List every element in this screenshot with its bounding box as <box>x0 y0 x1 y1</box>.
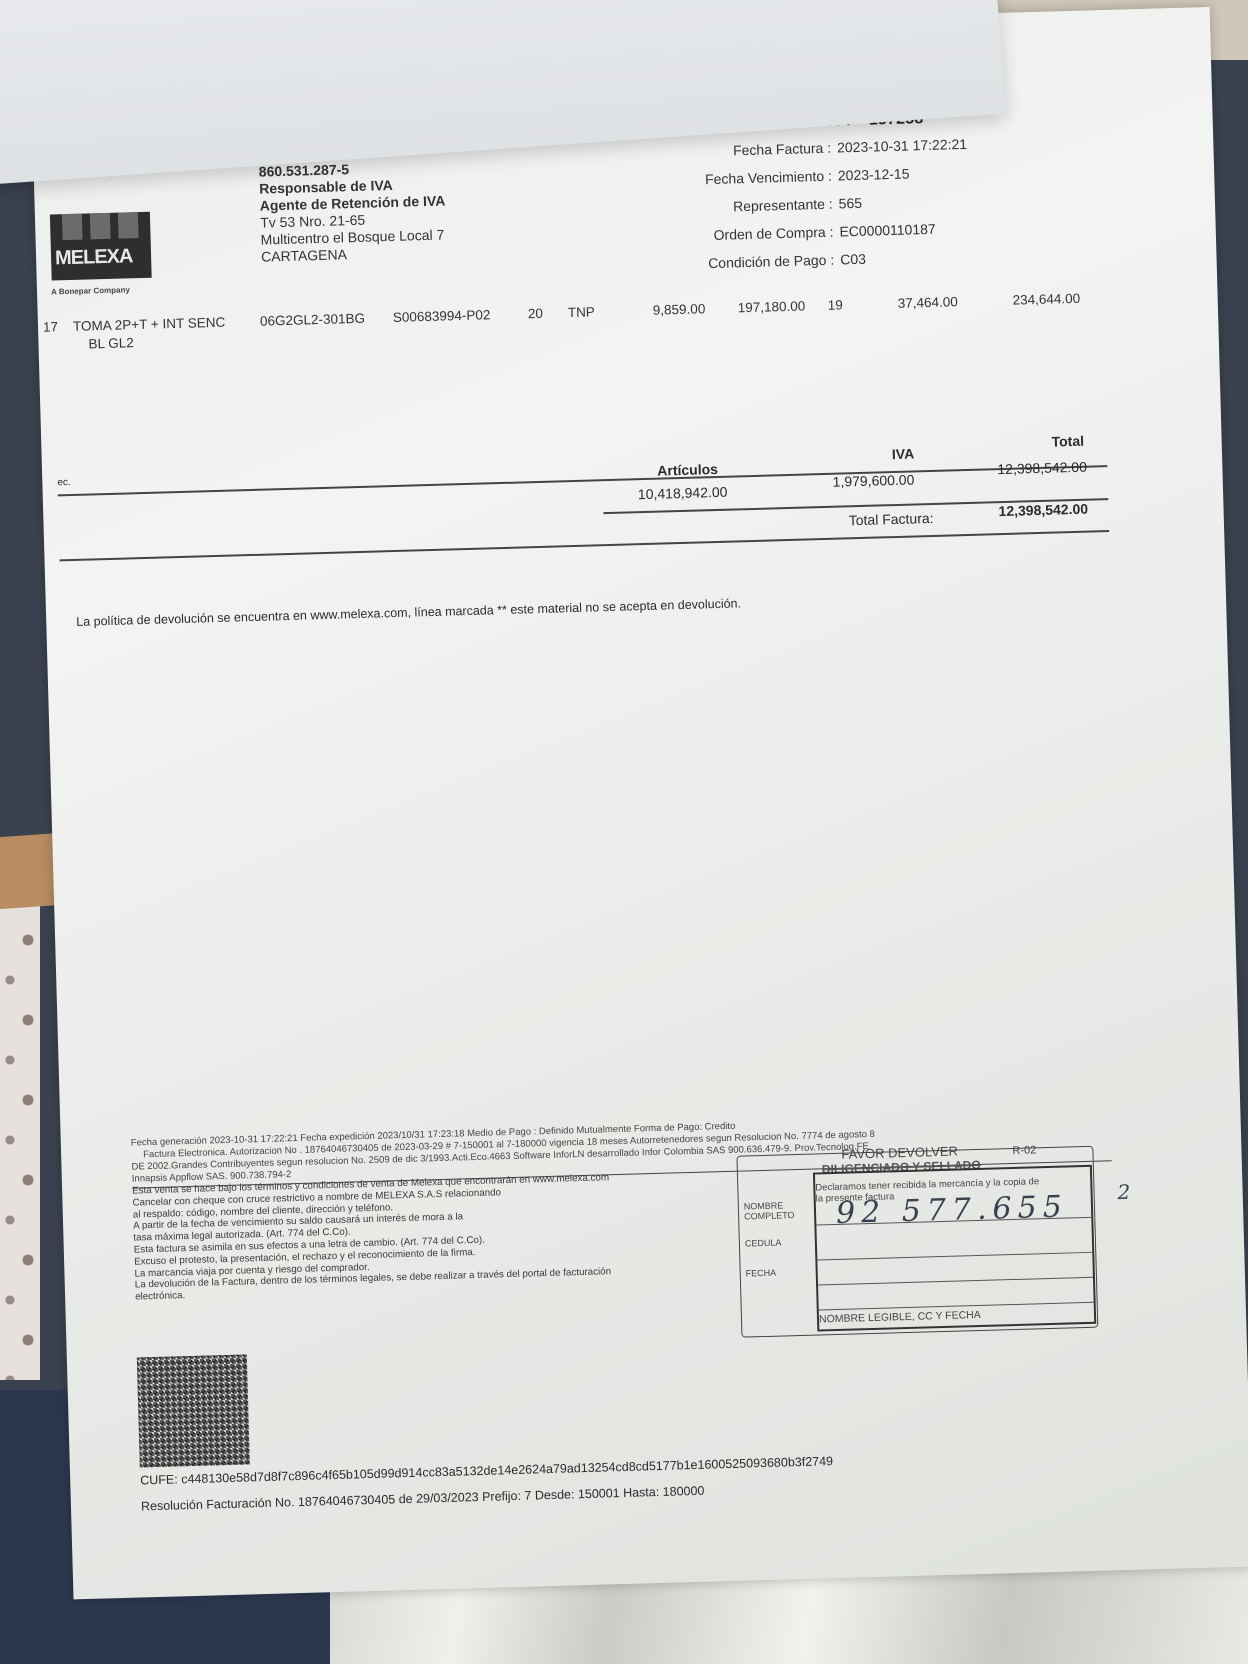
fecha-line <box>817 1252 1092 1261</box>
label-fecha: FECHA <box>746 1268 777 1279</box>
item-unit-price: 9,859.00 <box>653 301 706 317</box>
meta-label: Representante <box>595 196 825 218</box>
invoice-sheet: FACTURA ELECTRÓNICA DE VENTA Nro: 7 - 15… <box>30 7 1248 1599</box>
item-description-2: BL GL2 <box>88 335 134 351</box>
qr-code-icon <box>137 1354 250 1467</box>
return-box-footer: NOMBRE LEGIBLE, CC Y FECHA <box>819 1309 981 1326</box>
return-policy-note: La política de devolución se encuentra e… <box>76 596 741 629</box>
totals-header-total: Total <box>1051 433 1084 450</box>
issuer-block: 860.531.287-5 Responsable de IVA Agente … <box>259 158 447 265</box>
totals-total-value: 12,398,542.00 <box>997 459 1087 477</box>
item-iva-value: 37,464.00 <box>897 294 957 311</box>
meta-value: 2023-12-15 <box>832 165 910 183</box>
meta-label: Condición de Pago <box>596 252 826 274</box>
meta-condicion-pago: Condición de Pago :C03 <box>596 247 1016 275</box>
meta-label: Fecha Vencimiento <box>594 168 824 190</box>
background-floor <box>0 880 40 1380</box>
item-subtotal: 197,180.00 <box>738 298 806 315</box>
label-cedula: CEDULA <box>745 1237 782 1248</box>
meta-value: EC0000110187 <box>833 221 936 240</box>
cufe-value: c448130e58d7d8f7c896c4f65b105d99d914cc83… <box>181 1454 833 1486</box>
return-box: Declaramos tener recibida la mercancía y… <box>736 1146 1098 1338</box>
item-code: S00683994-P02 <box>393 307 491 325</box>
extra-line <box>818 1277 1093 1286</box>
meta-orden-compra: Orden de Compra :EC0000110187 <box>596 219 1016 247</box>
logo-tagline: A Bonepar Company <box>51 285 130 296</box>
logo-bars-icon <box>62 212 139 240</box>
meta-label: Fecha Factura <box>593 140 823 162</box>
item-reference: 06G2GL2-301BG <box>260 311 365 329</box>
logo-text: MELEXA <box>55 245 133 270</box>
meta-fecha-factura: Fecha Factura :2023-10-31 17:22:21 <box>593 135 1013 163</box>
meta-value: 565 <box>832 195 862 212</box>
meta-fecha-vencimiento: Fecha Vencimiento :2023-12-15 <box>594 163 1014 191</box>
meta-value: 2023-10-31 17:22:21 <box>831 136 967 156</box>
totals-rule-bottom <box>60 530 1110 561</box>
item-description: TOMA 2P+T + INT SENC <box>73 315 226 334</box>
meta-representante: Representante :565 <box>595 191 1015 219</box>
totals-iva-value: 1,979,600.00 <box>832 471 914 489</box>
label-nombre: NOMBRE COMPLETO <box>744 1200 805 1222</box>
meta-label: Orden de Compra <box>596 224 826 246</box>
handwritten-mark: 2 <box>1117 1180 1136 1205</box>
cufe-label: CUFE: <box>140 1472 178 1487</box>
totals-left-label: ec. <box>57 477 71 488</box>
totals-articulos-value: 10,418,942.00 <box>638 484 728 502</box>
item-quantity: 20 <box>528 306 543 321</box>
totals-rule-top <box>58 465 1108 496</box>
meta-value: C03 <box>834 251 866 268</box>
total-factura-value: 12,398,542.00 <box>998 501 1088 519</box>
handwritten-cedula: 92 577.655 <box>836 1189 1069 1230</box>
item-total: 234,644.00 <box>1012 291 1080 308</box>
totals-header-articulos: Artículos <box>657 461 718 479</box>
billing-resolution: Resolución Facturación No. 1876404673040… <box>141 1484 705 1514</box>
item-unit: TNP <box>568 304 595 320</box>
brown-tape <box>0 833 60 909</box>
total-factura-label: Total Factura: <box>849 510 934 528</box>
item-iva-pct: 19 <box>828 297 843 312</box>
terms-block: Esta venta se hace bajo los términos y c… <box>132 1169 735 1304</box>
totals-header-iva: IVA <box>892 445 915 462</box>
return-box-stamp: Declaramos tener recibida la mercancía y… <box>813 1165 1096 1332</box>
item-line-number: 17 <box>43 319 58 334</box>
melexa-logo: MELEXA <box>50 212 152 281</box>
